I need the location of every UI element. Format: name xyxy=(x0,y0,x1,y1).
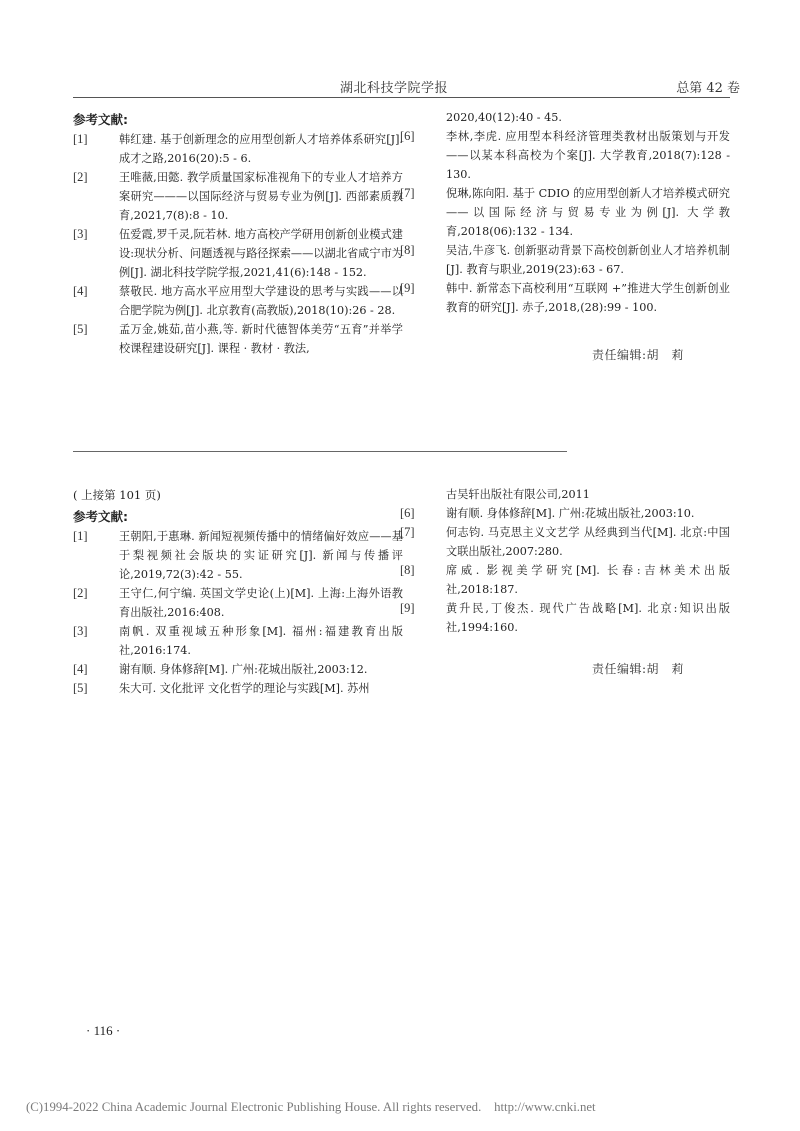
reference-number: [3] xyxy=(73,225,119,244)
reference-number: [2] xyxy=(73,168,119,187)
references-heading: 参考文献: xyxy=(73,507,403,526)
reference-text: 伍爱霞,罗千灵,阮若林. 地方高校产学研用创新创业模式建设:现状分析、问题透视与… xyxy=(119,225,403,282)
reference-text: 谢有顺. 身体修辞[M]. 广州:花城出版社,2003:12. xyxy=(119,660,403,679)
copyright-footer: (C)1994-2022 China Academic Journal Elec… xyxy=(26,1100,596,1115)
reference-number: [5] xyxy=(73,679,119,698)
reference-item: [3] 南帆. 双重视域五种形象[M]. 福州:福建教育出版社,2016:174… xyxy=(73,622,403,660)
reference-item: [6] 李林,李虎. 应用型本科经济管理类教材出版策划与开发——以某本科高校为个… xyxy=(400,127,730,184)
reference-number: [6] xyxy=(400,127,446,146)
reference-text: 韩中. 新常态下高校利用“互联网 +”推进大学生创新创业教育的研究[J]. 赤子… xyxy=(446,279,730,317)
reference-text: 席威. 影视美学研究[M]. 长春:吉林美术出版社,2018:187. xyxy=(446,561,730,599)
reference-number: [7] xyxy=(400,523,446,542)
reference-text: 王守仁,何宁编. 英国文学史论(上)[M]. 上海:上海外语教育出版社,2016… xyxy=(119,584,403,622)
reference-number: [6] xyxy=(400,504,446,523)
reference-text: 南帆. 双重视域五种形象[M]. 福州:福建教育出版社,2016:174. xyxy=(119,622,403,660)
reference-number: [8] xyxy=(400,241,446,260)
reference-item: [8] 席威. 影视美学研究[M]. 长春:吉林美术出版社,2018:187. xyxy=(400,561,730,599)
header-divider xyxy=(73,97,730,98)
reference-text: 蔡敬民. 地方高水平应用型大学建设的思考与实践——以合肥学院为例[J]. 北京教… xyxy=(119,282,403,320)
reference-number: [1] xyxy=(73,527,119,546)
section2-left-column: ( 上接第 101 页) 参考文献: [1] 王朝阳,于惠琳. 新闻短视频传播中… xyxy=(73,486,403,698)
reference-item: [7] 倪琳,陈向阳. 基于 CDIO 的应用型创新人才培养模式研究——以国际经… xyxy=(400,184,730,241)
responsible-editor: 责任编辑:胡 莉 xyxy=(592,346,684,363)
reference-number: [9] xyxy=(400,279,446,298)
reference-text: 王朝阳,于惠琳. 新闻短视频传播中的情绪偏好效应——基于梨视频社会版块的实证研究… xyxy=(119,527,403,584)
reference-text: 孟万金,姚茹,苗小燕,等. 新时代德智体美劳“五育”并举学校课程建设研究[J].… xyxy=(119,320,403,358)
reference-item: [1] 王朝阳,于惠琳. 新闻短视频传播中的情绪偏好效应——基于梨视频社会版块的… xyxy=(73,527,403,584)
page-number: · 116 · xyxy=(86,1023,120,1039)
reference-item: [4] 谢有顺. 身体修辞[M]. 广州:花城出版社,2003:12. xyxy=(73,660,403,679)
reference-number: [5] xyxy=(73,320,119,339)
section1-left-column: 参考文献: [1] 韩红建. 基于创新理念的应用型创新人才培养体系研究[J]. … xyxy=(73,110,403,358)
reference-item: [5] 朱大可. 文化批评 文化哲学的理论与实践[M]. 苏州 xyxy=(73,679,403,698)
reference-text: 倪琳,陈向阳. 基于 CDIO 的应用型创新人才培养模式研究——以国际经济与贸易… xyxy=(446,184,730,241)
section1-right-column: 2020,40(12):40 - 45. [6] 李林,李虎. 应用型本科经济管… xyxy=(400,108,730,317)
responsible-editor: 责任编辑:胡 莉 xyxy=(592,660,684,677)
reference-text: 王唯薇,田懿. 教学质量国家标准视角下的专业人才培养方案研究———以国际经济与贸… xyxy=(119,168,403,225)
reference-item: [6] 谢有顺. 身体修辞[M]. 广州:花城出版社,2003:10. xyxy=(400,504,730,523)
reference-number: [4] xyxy=(73,660,119,679)
reference-item: [9] 黄升民,丁俊杰. 现代广告战略[M]. 北京:知识出版社,1994:16… xyxy=(400,599,730,637)
reference-item: [2] 王守仁,何宁编. 英国文学史论(上)[M]. 上海:上海外语教育出版社,… xyxy=(73,584,403,622)
reference-text: 何志钧. 马克思主义文艺学 从经典到当代[M]. 北京:中国文联出版社,2007… xyxy=(446,523,730,561)
reference-number: [1] xyxy=(73,130,119,149)
reference-item: [2] 王唯薇,田懿. 教学质量国家标准视角下的专业人才培养方案研究———以国际… xyxy=(73,168,403,225)
volume-label: 总第 42 卷 xyxy=(676,77,740,96)
reference-number: [3] xyxy=(73,622,119,641)
reference-text: 朱大可. 文化批评 文化哲学的理论与实践[M]. 苏州 xyxy=(119,679,403,698)
reference-continuation: 古吴轩出版社有限公司,2011 xyxy=(400,485,730,504)
continued-from-note: ( 上接第 101 页) xyxy=(73,486,403,505)
reference-text: 吴洁,牛彦飞. 创新驱动背景下高校创新创业人才培养机制[J]. 教育与职业,20… xyxy=(446,241,730,279)
reference-text: 谢有顺. 身体修辞[M]. 广州:花城出版社,2003:10. xyxy=(446,504,730,523)
reference-number: [2] xyxy=(73,584,119,603)
reference-item: [1] 韩红建. 基于创新理念的应用型创新人才培养体系研究[J]. 成才之路,2… xyxy=(73,130,403,168)
reference-number: [4] xyxy=(73,282,119,301)
reference-text: 黄升民,丁俊杰. 现代广告战略[M]. 北京:知识出版社,1994:160. xyxy=(446,599,730,637)
section-divider xyxy=(73,451,567,452)
reference-number: [8] xyxy=(400,561,446,580)
section2-right-column: 古吴轩出版社有限公司,2011 [6] 谢有顺. 身体修辞[M]. 广州:花城出… xyxy=(400,485,730,637)
references-heading: 参考文献: xyxy=(73,110,403,129)
reference-item: [7] 何志钧. 马克思主义文艺学 从经典到当代[M]. 北京:中国文联出版社,… xyxy=(400,523,730,561)
reference-item: [8] 吴洁,牛彦飞. 创新驱动背景下高校创新创业人才培养机制[J]. 教育与职… xyxy=(400,241,730,279)
journal-title: 湖北科技学院学报 xyxy=(340,77,448,96)
reference-item: [9] 韩中. 新常态下高校利用“互联网 +”推进大学生创新创业教育的研究[J]… xyxy=(400,279,730,317)
reference-item: [5] 孟万金,姚茹,苗小燕,等. 新时代德智体美劳“五育”并举学校课程建设研究… xyxy=(73,320,403,358)
reference-number: [7] xyxy=(400,184,446,203)
reference-item: [4] 蔡敬民. 地方高水平应用型大学建设的思考与实践——以合肥学院为例[J].… xyxy=(73,282,403,320)
reference-item: [3] 伍爱霞,罗千灵,阮若林. 地方高校产学研用创新创业模式建设:现状分析、问… xyxy=(73,225,403,282)
reference-number: [9] xyxy=(400,599,446,618)
reference-text: 韩红建. 基于创新理念的应用型创新人才培养体系研究[J]. 成才之路,2016(… xyxy=(119,130,403,168)
reference-continuation: 2020,40(12):40 - 45. xyxy=(400,108,730,127)
reference-text: 李林,李虎. 应用型本科经济管理类教材出版策划与开发——以某本科高校为个案[J]… xyxy=(446,127,730,184)
